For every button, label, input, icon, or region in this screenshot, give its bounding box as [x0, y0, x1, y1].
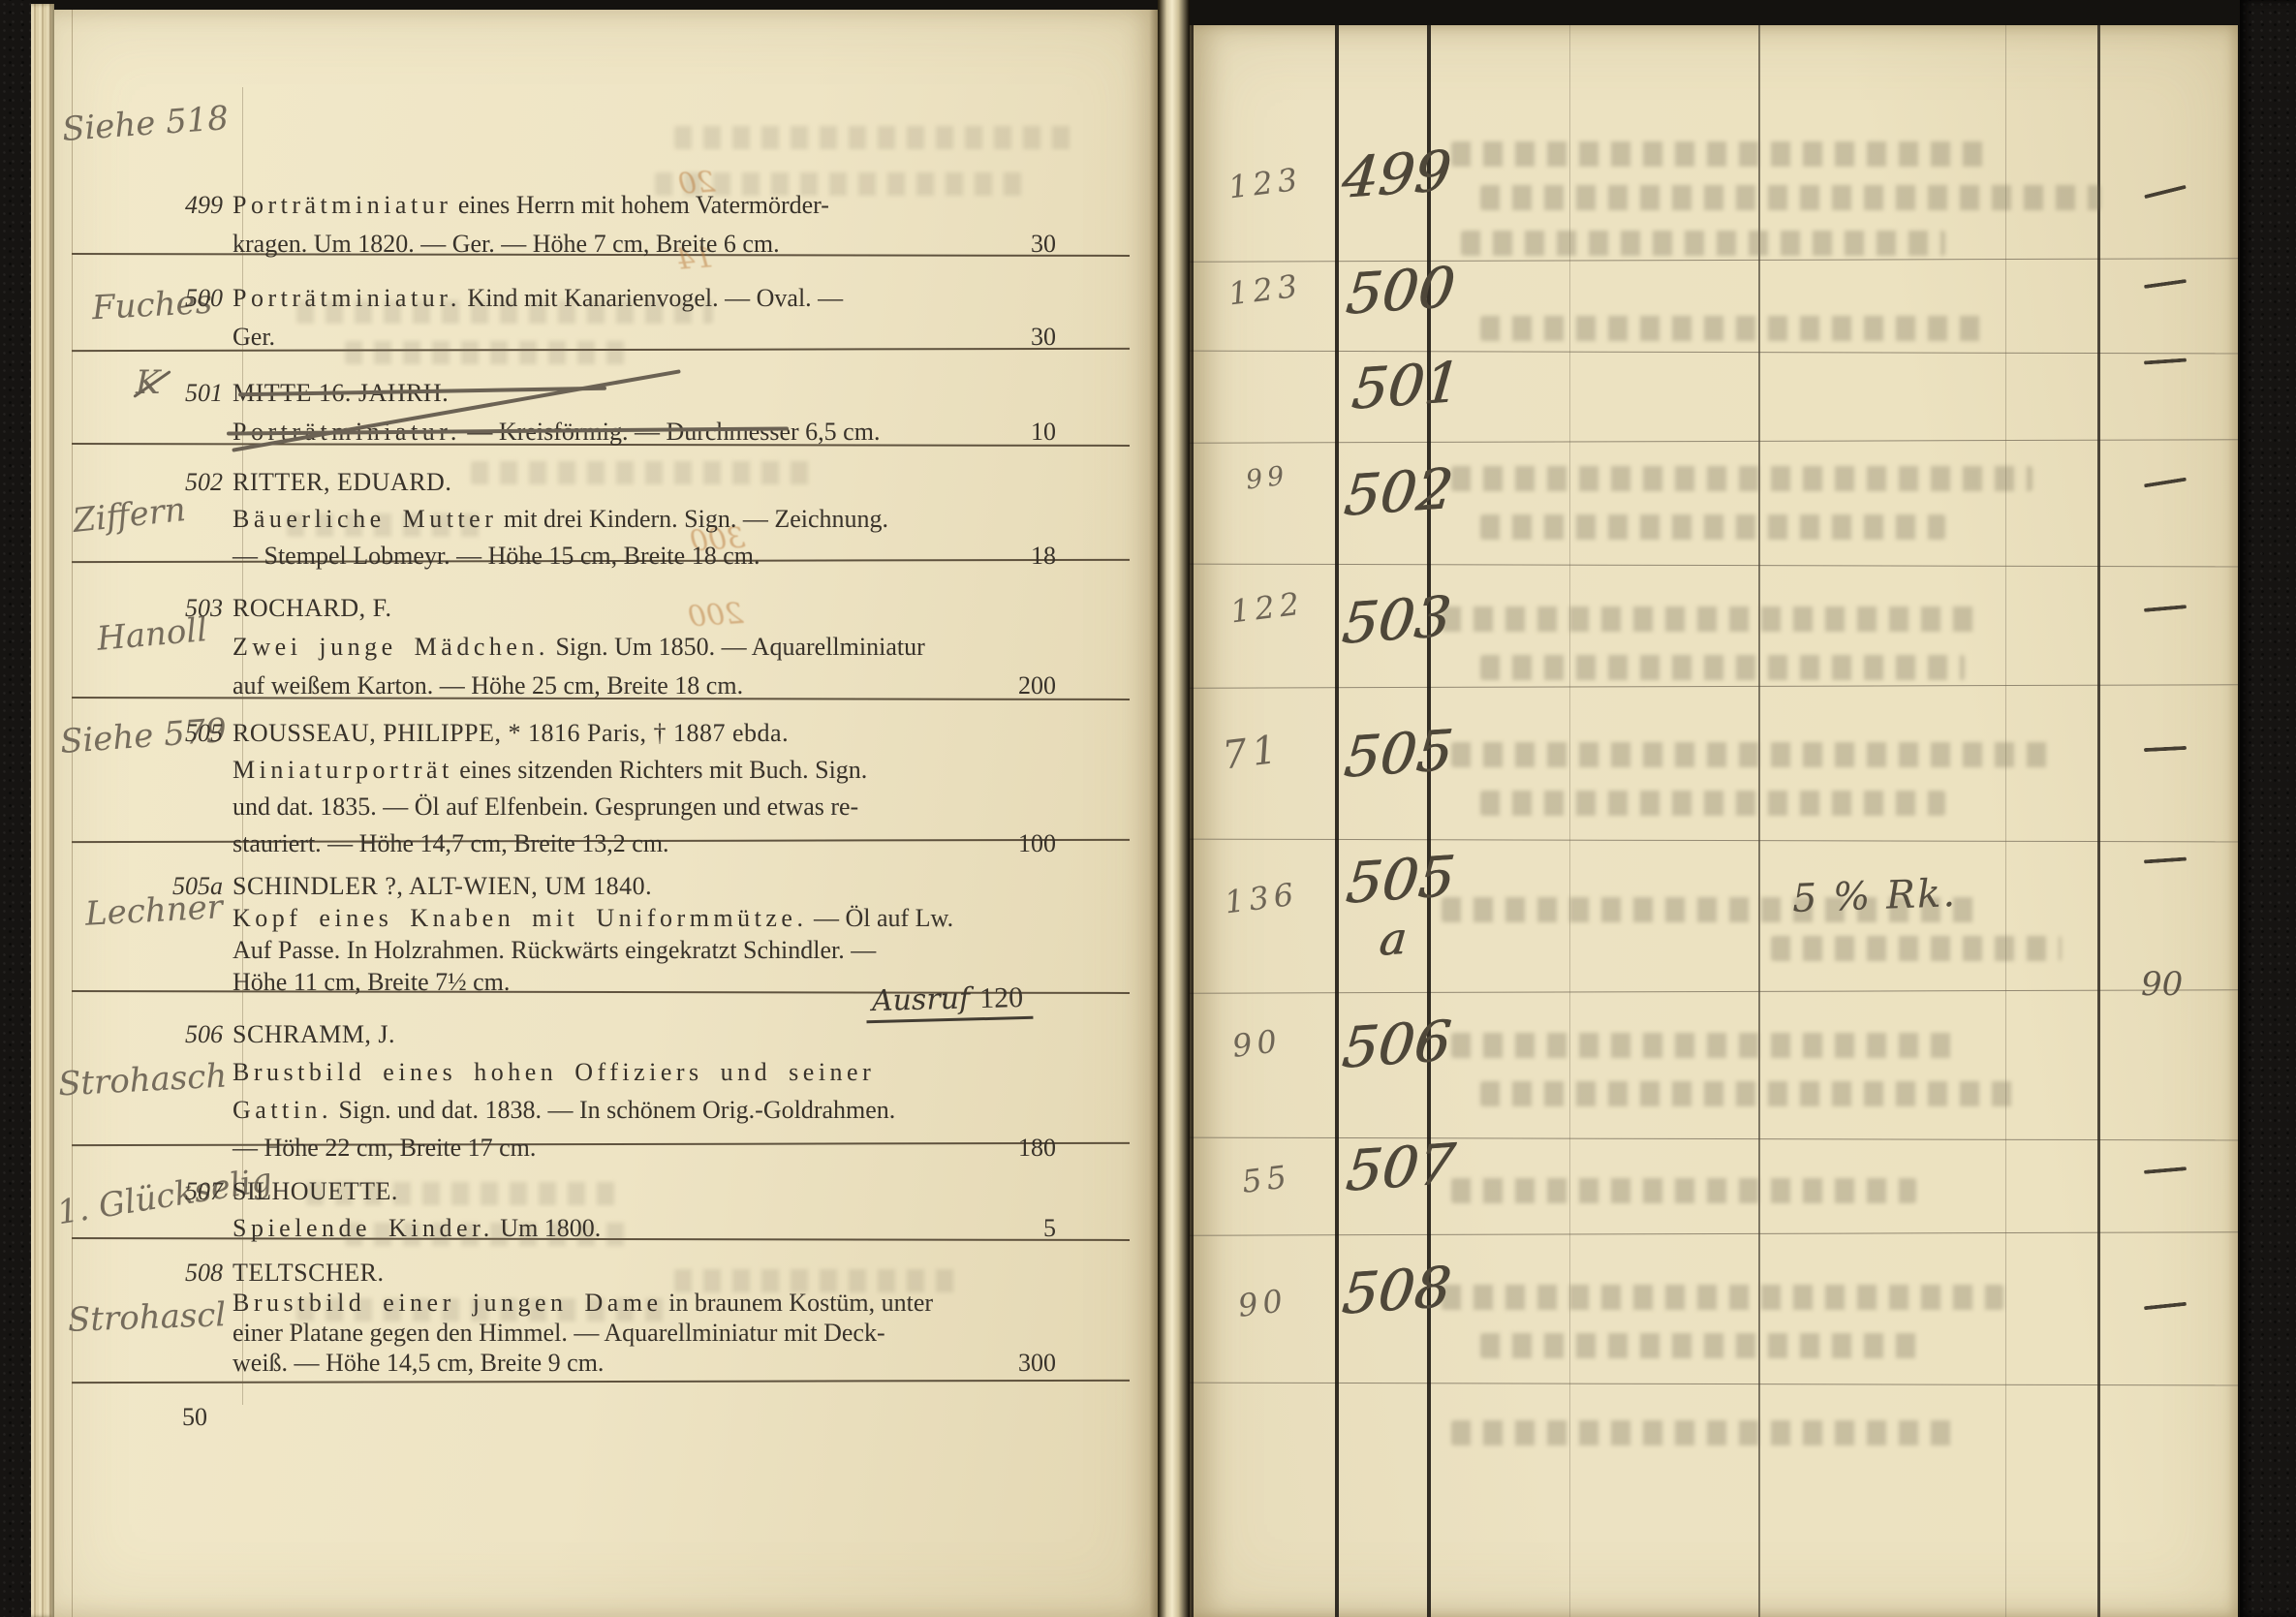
entry-line-text: Sign. Um 1850. — Aquarellminiatur: [549, 633, 925, 661]
left-page: 2014300200 Siehe 518FuchesKZiffernHanoll…: [54, 10, 1158, 1617]
top-shadow-right: [1190, 0, 2240, 25]
ledger-amount: 90: [1236, 1282, 1289, 1324]
ledger-lot-number: 503: [1340, 583, 1454, 657]
margin-note-handwritten: Strohascl: [67, 1295, 227, 1340]
entry-artist-heading: RITTER, EDUARD.: [233, 463, 451, 502]
ledger-lot-number: 500: [1344, 254, 1458, 327]
ledger-column-line: [1569, 25, 1570, 1617]
handwritten-price: Ausruf120: [866, 980, 1034, 1023]
price: 10: [1031, 413, 1056, 451]
entry-line-spaced: Porträtminiatur: [233, 191, 451, 219]
ledger-amount: 55: [1240, 1158, 1293, 1200]
ledger-lot-number: 507: [1344, 1131, 1458, 1204]
bleedthrough-text: [1480, 1333, 1926, 1358]
entry-line-text: — Stempel Lobmeyr. — Höhe 15 cm, Breite …: [233, 542, 760, 570]
lot-number: 501: [109, 374, 223, 413]
entry-artist-heading: ROUSSEAU, PHILIPPE, * 1816 Paris, † 1887…: [233, 714, 789, 753]
bleedthrough-text: [1461, 231, 1945, 256]
ledger-row-line: [1190, 839, 2238, 843]
entry-line-spaced: Zwei junge Mädchen.: [233, 633, 549, 661]
row-separator: [72, 1142, 1130, 1146]
ledger-tick-dash: [2144, 856, 2187, 863]
ledger-lot-number: 506: [1340, 1008, 1454, 1081]
entry-line: Miniaturporträt eines sitzenden Richters…: [233, 751, 867, 790]
entry-artist-heading: ROCHARD, F.: [233, 589, 392, 628]
lot-number: 506: [109, 1015, 223, 1054]
ledger-lot-number: 502: [1342, 455, 1456, 529]
entry-line-text: auf weißem Karton. — Höhe 25 cm, Breite …: [233, 671, 743, 700]
entry-line-spaced: Brustbild eines hohen Offiziers und sein…: [233, 1058, 875, 1086]
lot-number: 505a: [109, 867, 223, 906]
right-page-ledger: 1234991235005019950212250371505136505a5 …: [1190, 25, 2238, 1617]
entry-line: Spielende Kinder. Um 1800.: [233, 1209, 601, 1248]
ledger-row-line: [1190, 1383, 2238, 1386]
entry-line-spaced: Porträtminiatur.: [233, 284, 461, 312]
ledger-tick-dash: [2144, 358, 2187, 364]
ledger-tick-dash: [2144, 605, 2187, 612]
entry-line-text: Ger.: [233, 323, 275, 351]
ledger-row-line: [1190, 684, 2238, 688]
entry-line-text: Sign. und dat. 1838. — In schönem Orig.-…: [332, 1096, 895, 1124]
entry-line-text: Kind mit Kanarienvogel. — Oval. —: [461, 284, 843, 312]
price: 180: [1018, 1129, 1056, 1167]
entry-line: — Höhe 22 cm, Breite 17 cm.: [233, 1129, 536, 1167]
entry-line-text: Um 1800.: [494, 1214, 602, 1242]
ledger-amount: 71: [1220, 727, 1284, 778]
bleedthrough-text: [1480, 655, 1965, 680]
ledger-column-line: [2097, 25, 2100, 1617]
ledger-lot-number: 505: [1342, 717, 1456, 791]
entry-line: Porträtminiatur eines Herrn mit hohem Va…: [233, 186, 829, 225]
bleedthrough-text: [1442, 1285, 2003, 1310]
ledger-row-line: [1190, 1137, 2238, 1141]
ledger-tick-dash: [2144, 1302, 2187, 1311]
entry-line-text: — Höhe 22 cm, Breite 17 cm.: [233, 1134, 536, 1162]
lot-number: 500: [109, 279, 223, 318]
binding-crease-line: [72, 10, 73, 1617]
ledger-amount: 123: [1226, 267, 1304, 313]
top-shadow-left: [54, 0, 1158, 10]
price: 100: [1018, 824, 1056, 863]
ledger-column-line: [1758, 25, 1760, 1617]
ledger-tick-dash: [2144, 478, 2187, 488]
bleedthrough-text: [674, 126, 1081, 149]
bleedthrough-text: [1480, 791, 1945, 816]
ledger-row-line: [1190, 989, 2238, 993]
ledger-row-line: [1190, 439, 2238, 443]
bleedthrough-text: [1442, 606, 1984, 632]
lot-number: 505: [109, 714, 223, 753]
ledger-lot-number: 501: [1350, 349, 1464, 422]
book-gutter: [1149, 0, 1194, 1617]
entry-line-spaced: Miniaturporträt: [233, 756, 453, 784]
entry-line: Zwei junge Mädchen. Sign. Um 1850. — Aqu…: [233, 628, 925, 667]
bleedthrough-text: [1451, 1033, 1955, 1058]
entry-line-text: — Öl auf Lw.: [807, 904, 953, 932]
page-edges: [31, 4, 54, 1617]
entry-line-text: in braunem Kostüm, unter: [663, 1289, 933, 1317]
entry-line: Gattin. Sign. und dat. 1838. — In schöne…: [233, 1091, 895, 1130]
ledger-percent-note: 5 % Rk.: [1791, 871, 1957, 921]
ledger-row-line: [1190, 1231, 2238, 1235]
lot-number: 508: [109, 1254, 223, 1292]
price: 200: [1018, 667, 1056, 705]
entry-artist-heading: SCHRAMM, J.: [233, 1015, 395, 1054]
ledger-tick-amount: 90: [2141, 965, 2183, 1004]
entry-line: und dat. 1835. — Öl auf Elfenbein. Gespr…: [233, 788, 858, 826]
bleedthrough-text: [345, 341, 636, 364]
bleedthrough-text: [1451, 141, 1994, 167]
ledger-column-line: [1335, 25, 1339, 1617]
entry-line-text: weiß. — Höhe 14,5 cm, Breite 9 cm.: [233, 1349, 604, 1377]
book-cover-left: [0, 0, 31, 1617]
price: 30: [1031, 318, 1056, 357]
entry-line: Porträtminiatur. Kind mit Kanarienvogel.…: [233, 279, 843, 318]
ledger-lot-suffix: a: [1377, 912, 1408, 966]
ledger-lot-number: 499: [1340, 138, 1454, 211]
entry-line-text: mit drei Kindern. Sign. — Zeichnung.: [497, 505, 888, 533]
bleedthrough-text: [1480, 185, 2100, 210]
ledger-lot-number: 508: [1340, 1254, 1454, 1327]
entry-line-text: und dat. 1835. — Öl auf Elfenbein. Gespr…: [233, 793, 858, 821]
lot-number: 499: [109, 186, 223, 225]
price-prefix-handwritten: Ausruf: [872, 981, 971, 1018]
lot-number: 502: [109, 463, 223, 502]
entry-artist-heading: SILHOUETTE.: [233, 1172, 398, 1211]
auction-catalog-scan: 2014300200 Siehe 518FuchesKZiffernHanoll…: [0, 0, 2296, 1617]
bleedthrough-text: [1480, 316, 1984, 341]
entry-line: — Stempel Lobmeyr. — Höhe 15 cm, Breite …: [233, 537, 760, 575]
entry-line-text: stauriert. — Höhe 14,7 cm, Breite 13,2 c…: [233, 829, 669, 857]
bleedthrough-text: [471, 461, 820, 484]
entry-line-text: einer Platane gegen den Himmel. — Aquare…: [233, 1319, 885, 1347]
ledger-tick-dash: [2144, 185, 2187, 200]
entry-line: Höhe 11 cm, Breite 7½ cm.: [233, 963, 510, 1002]
page-number: 50: [182, 1403, 207, 1432]
ledger-lot-number: 505: [1344, 843, 1458, 917]
entry-line: Bäuerliche Mutter mit drei Kindern. Sign…: [233, 500, 888, 539]
entry-line-text: Auf Passe. In Holzrahmen. Rückwärts eing…: [233, 936, 876, 964]
entry-line-spaced: Brustbild einer jungen Dame: [233, 1289, 663, 1317]
ledger-row-line: [1190, 351, 2238, 355]
ledger-row-line: [1190, 258, 2238, 262]
ledger-amount: 90: [1230, 1022, 1284, 1065]
entry-line-text: eines sitzenden Richters mit Buch. Sign.: [453, 756, 868, 784]
price-value: 120: [979, 981, 1024, 1014]
entry-line-spaced: Spielende Kinder.: [233, 1214, 494, 1242]
entry-line: kragen. Um 1820. — Ger. — Höhe 7 cm, Bre…: [233, 225, 780, 264]
entry-line: stauriert. — Höhe 14,7 cm, Breite 13,2 c…: [233, 824, 669, 863]
entry-line-spaced: Gattin.: [233, 1096, 332, 1124]
ledger-amount: 99: [1244, 460, 1290, 495]
bleedthrough-text: [1771, 936, 2062, 961]
bleedthrough-text: [1451, 742, 2052, 767]
entry-line-text: eines Herrn mit hohem Vatermörder-: [451, 191, 829, 219]
entry-line-spaced: Bäuerliche Mutter: [233, 505, 497, 533]
entry-line: Ger.: [233, 318, 275, 357]
margin-note-handwritten: Strohasch: [57, 1056, 228, 1104]
ledger-column-line: [2005, 25, 2006, 1617]
price: 30: [1031, 225, 1056, 264]
bleedthrough-text: [1480, 1081, 2023, 1106]
margin-note-handwritten: Siehe 518: [61, 99, 230, 149]
ledger-tick-dash: [2144, 279, 2187, 289]
ledger-amount: 123: [1226, 161, 1304, 206]
entry-line-spaced: Kopf eines Knaben mit Uniformmütze.: [233, 904, 807, 932]
ledger-row-line: [1190, 564, 2238, 568]
entry-line: weiß. — Höhe 14,5 cm, Breite 9 cm.: [233, 1344, 604, 1383]
bleedthrough-text: [1480, 514, 1945, 540]
ledger-amount: 122: [1228, 585, 1306, 631]
bleedthrough-text: [1451, 1178, 1916, 1203]
entry-line: Brustbild eines hohen Offiziers und sein…: [233, 1053, 875, 1092]
bleedthrough-text: [1451, 466, 2032, 491]
entry-line: auf weißem Karton. — Höhe 25 cm, Breite …: [233, 667, 743, 705]
lot-number: 503: [109, 589, 223, 628]
ledger-tick-dash: [2144, 1166, 2187, 1174]
entry-line-text: Höhe 11 cm, Breite 7½ cm.: [233, 968, 510, 996]
book-cover-right: [2240, 0, 2296, 1617]
bleedthrough-text: [1451, 1420, 1955, 1446]
entry-line-text: kragen. Um 1820. — Ger. — Höhe 7 cm, Bre…: [233, 230, 780, 258]
ledger-amount: 136: [1223, 876, 1300, 921]
ledger-tick-dash: [2144, 746, 2187, 752]
lot-number: 507: [109, 1172, 223, 1211]
price: 5: [1043, 1209, 1056, 1248]
price: 18: [1031, 537, 1056, 575]
price: 300: [1018, 1344, 1056, 1383]
